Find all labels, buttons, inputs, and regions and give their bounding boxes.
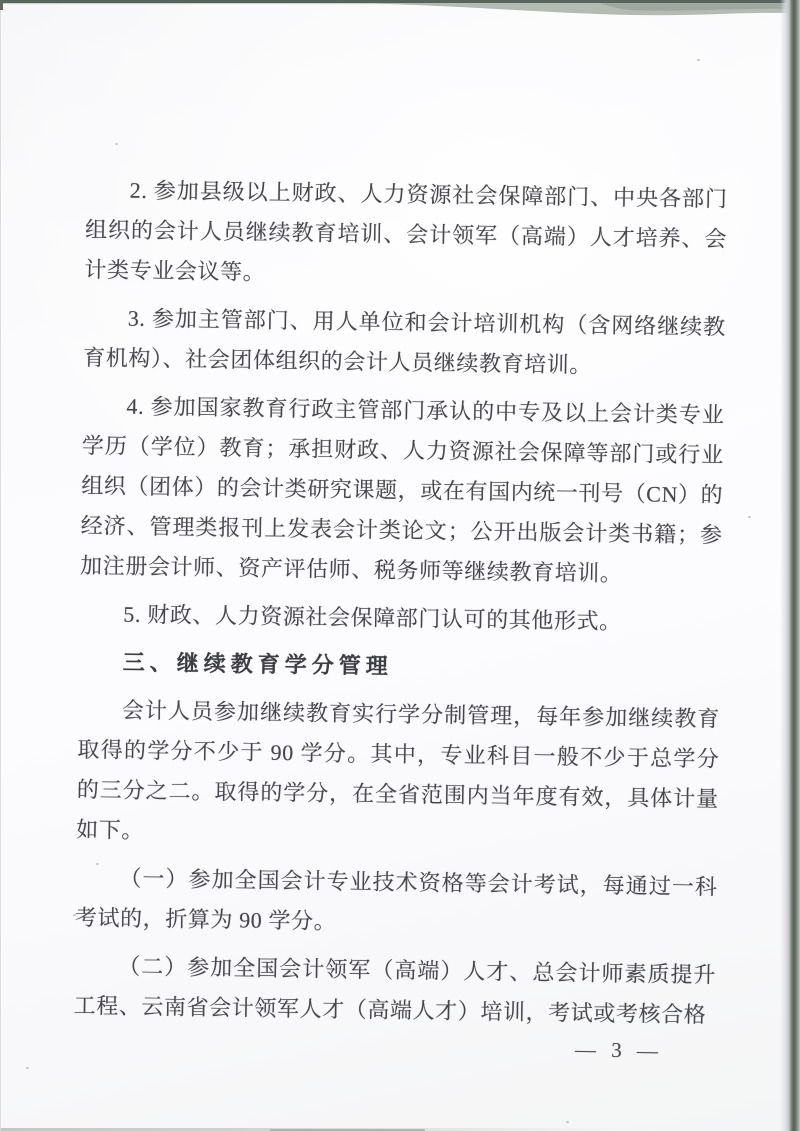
list-item-5-other-forms: 5. 财政、人力资源社会保障部门认可的其他形式。	[79, 594, 722, 644]
dust-speck	[566, 1121, 569, 1123]
paragraph-credit-rule: 会计人员参加继续教育实行学分制管理，每年参加继续教育取得的学分不少于 90 学分…	[76, 690, 720, 860]
sub-item-2-leading-talent: （二）参加全国会计领军（高端）人才、总会计师素质提升工程、云南省会计领军人才（高…	[73, 946, 716, 1036]
dust-speck	[26, 1067, 29, 1069]
sub-item-1-exam-credit: （一）参加全国会计专业技术资格等会计考试，每通过一科考试的，折算为 90 学分。	[75, 858, 718, 948]
dust-speck	[748, 516, 751, 518]
list-item-3-employer-training: 3. 参加主管部门、用人单位和会计培训机构（含网络继续教育机构）、社会团体组织的…	[83, 298, 726, 388]
scan-corner-mark	[0, 0, 3, 10]
dust-speck	[697, 59, 700, 61]
dust-speck	[115, 143, 118, 145]
scan-left-edge	[0, 0, 1, 1131]
page-number: — 3 —	[575, 1037, 663, 1064]
list-item-4-degree-research: 4. 参加国家教育行政主管部门承认的中专及以上会计类专业学历（学位）教育；承担财…	[80, 386, 725, 596]
document-body: 2. 参加县级以上财政、人力资源社会保障部门、中央各部门组织的会计人员继续教育培…	[73, 170, 728, 1043]
scanned-document-page: 2. 参加县级以上财政、人力资源社会保障部门、中央各部门组织的会计人员继续教育培…	[0, 0, 800, 1131]
scan-top-edge	[0, 0, 800, 24]
list-item-2-training: 2. 参加县级以上财政、人力资源社会保障部门、中央各部门组织的会计人员继续教育培…	[84, 170, 728, 300]
scan-right-edge	[780, 0, 800, 1131]
section-heading-credit-management: 三、继续教育学分管理	[78, 642, 721, 692]
